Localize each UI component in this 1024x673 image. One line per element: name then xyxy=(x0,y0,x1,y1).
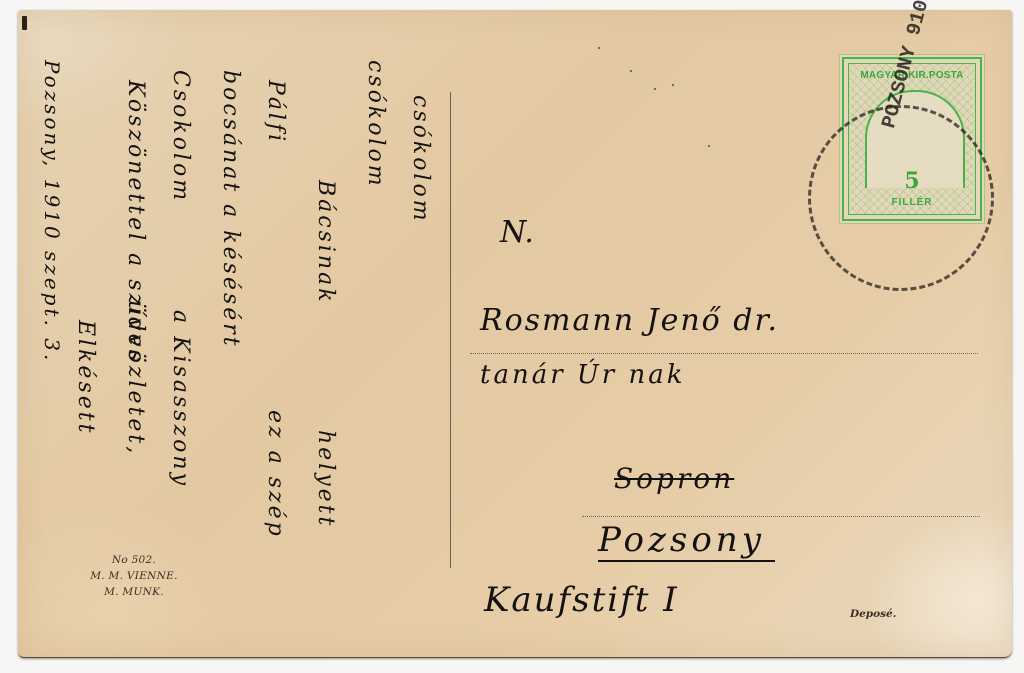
message-column-10: helyett xyxy=(313,430,338,528)
ink-speck xyxy=(654,88,656,90)
address-title: tanár Úr nak xyxy=(480,360,686,390)
message-column-8: Bácsinak xyxy=(313,180,338,305)
address-street: Kaufstift I xyxy=(484,580,679,620)
address-salutation: N. xyxy=(500,215,534,250)
depose-label: Deposé. xyxy=(850,608,896,620)
address-line-1 xyxy=(470,353,978,354)
ink-speck xyxy=(672,84,674,86)
ink-speck xyxy=(598,47,600,49)
ink-speck xyxy=(22,16,27,30)
card-number: No 502. xyxy=(74,552,194,568)
publisher-line-1: M. M. VIENNE. xyxy=(74,568,194,584)
message-column-11: csókolom xyxy=(363,60,388,189)
address-recipient: Rosmann Jenő dr. xyxy=(480,303,779,338)
address-city: Pozsony xyxy=(598,520,775,562)
message-place-date: Pozsony, 1910 szept. 3. xyxy=(40,60,64,363)
ink-speck xyxy=(708,145,710,147)
message-column-1: Elkésett xyxy=(73,320,98,435)
ink-speck xyxy=(630,70,632,72)
center-divider-line xyxy=(450,92,451,568)
message-column-3: üdvözletet, xyxy=(123,300,148,456)
message-column-5: a Kisasszony xyxy=(168,310,193,488)
message-column-12: csókolom xyxy=(408,95,433,224)
address-city-crossed: Sopron xyxy=(614,462,734,495)
message-column-6: bocsánat a késésért xyxy=(218,70,243,349)
publisher-imprint: No 502. M. M. VIENNE. M. MUNK. xyxy=(74,552,194,600)
message-column-7: Pálfi xyxy=(263,80,288,144)
address-line-2 xyxy=(582,516,980,517)
message-column-4: Csokolom xyxy=(168,70,193,203)
postcard: MAGYAR KIR.POSTA 5 FILLÉR POZSONY 910 JU… xyxy=(18,10,1012,658)
publisher-line-2: M. MUNK. xyxy=(74,584,194,600)
message-column-9: ez a szép xyxy=(263,410,288,539)
